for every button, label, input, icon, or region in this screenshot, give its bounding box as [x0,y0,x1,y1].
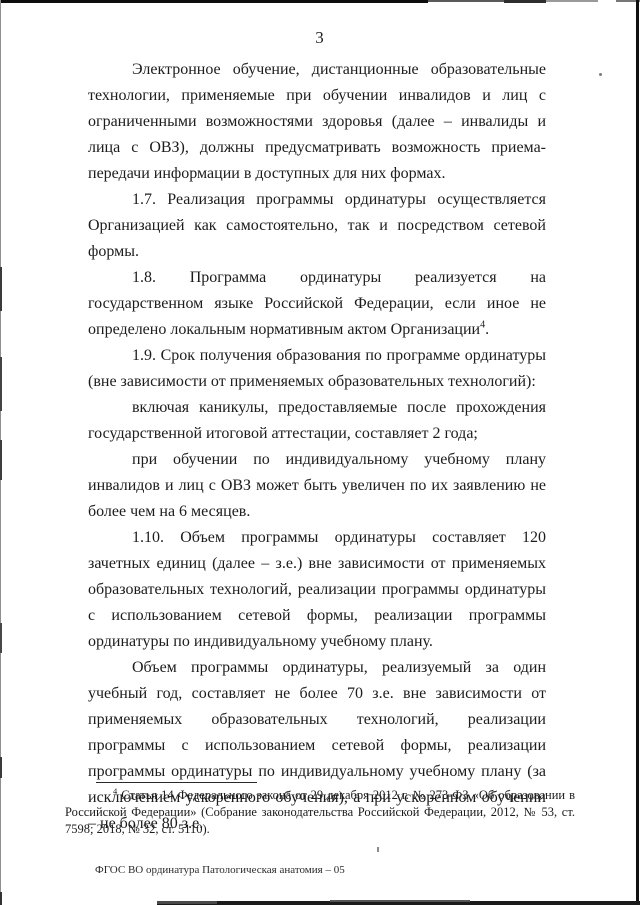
paragraph-1-10: 1.10. Объем программы ординатуры составл… [88,525,546,655]
scan-artifact-top-edge [0,0,428,3]
scan-artifact-bottom-edge [157,901,217,904]
scan-artifact-left-dash [0,623,2,653]
footnote-separator-line [96,782,257,783]
document-body: Электронное обучение, дистанционные обра… [88,57,546,837]
paragraph-1-8-period: . [485,321,489,338]
paragraph-1-9-item-vacations: включая каникулы, предоставляемые после … [88,395,546,447]
scan-artifact-top-edge [616,0,640,2]
scan-artifact-left-dash [0,757,2,778]
paragraph-1-7: 1.7. Реализация программы ординатуры осу… [88,187,546,265]
scan-artifact-left-dash [0,440,2,480]
scan-artifact-top-edge [546,0,598,2]
footnote-4: 4 Статья 14 Федерального закона от 29 де… [65,787,575,838]
paragraph-1-9-item-individual-plan: при обучении по индивидуальному учебному… [88,447,546,525]
scan-artifact-left-edge [0,0,1,905]
scan-artifact-top-edge [504,0,546,3]
scan-artifact-bottom-edge [157,901,640,905]
scan-artifact-left-dash [0,267,2,311]
paragraph-1-8: 1.8. Программа ординатуры реализуется на… [88,265,546,343]
scan-artifact-top-edge [428,0,504,2]
footnote-block: 4 Статья 14 Федерального закона от 29 де… [65,782,575,838]
paragraph-1-8-text: 1.8. Программа ординатуры реализуется на… [88,269,546,338]
paragraph-electronic-learning: Электронное обучение, дистанционные обра… [88,57,546,187]
footnote-4-text: Статья 14 Федерального закона от 29 дека… [65,788,575,836]
paragraph-1-9: 1.9. Срок получения образования по прогр… [88,343,546,395]
document-page: 3 Электронное обучение, дистанционные об… [0,0,640,905]
scan-artifact-left-dash [0,357,2,411]
scan-artifact-speck [377,847,379,852]
scan-artifact-speck [599,73,602,76]
scan-artifact-left-dash [0,892,2,905]
scan-artifact-right-edge [636,0,639,905]
page-number: 3 [0,28,640,48]
scan-artifact-bottom-edge [330,900,470,902]
document-footer-label: ФГОС ВО ординатура Патологическая анатом… [95,864,345,876]
